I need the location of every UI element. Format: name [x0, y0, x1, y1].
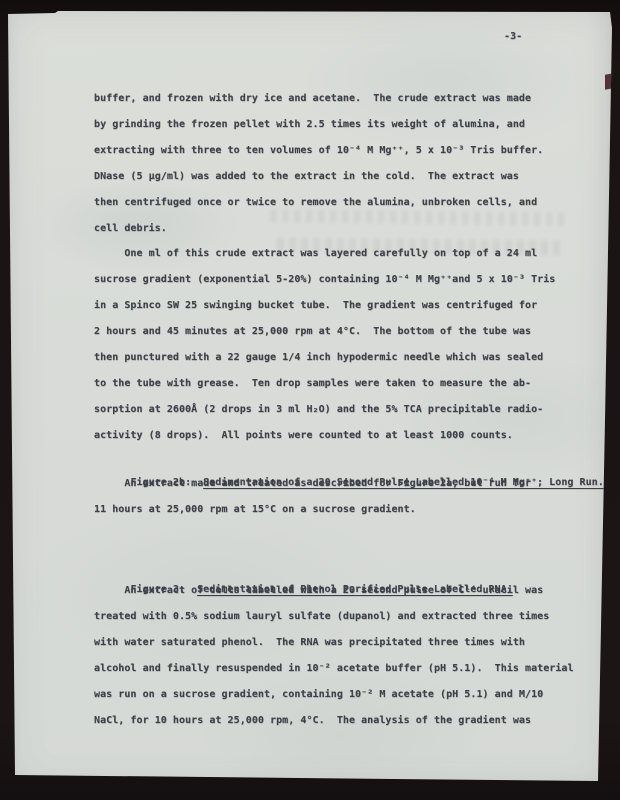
- text-line: 11 hours at 25,000 rpm at 15°C on a sucr…: [94, 497, 531, 523]
- figure-3-caption: An extract of cells labelled with a 20 s…: [94, 578, 574, 734]
- text-line: An extract made and treated as described…: [94, 471, 531, 497]
- text-line: with water saturated phenol. The RNA was…: [94, 630, 574, 656]
- text-line: treated with 0.5% sodium lauryl sulfate …: [94, 604, 574, 630]
- text-line: An extract of cells labelled with a 20 s…: [94, 578, 574, 604]
- text-line: then punctured with a 22 gauge 1/4 inch …: [94, 345, 555, 371]
- text-line: DNase (5 μg/ml) was added to the extract…: [94, 164, 543, 190]
- body-paragraph-1: buffer, and frozen with dry ice and acet…: [94, 86, 543, 242]
- body-paragraph-2: One ml of this crude extract was layered…: [94, 241, 555, 449]
- scanned-document-photo: -3- buffer, and frozen with dry ice and …: [0, 0, 620, 800]
- page-number: -3-: [504, 31, 522, 42]
- text-line: buffer, and frozen with dry ice and acet…: [94, 86, 543, 112]
- figure-2b-heading: Figure 2b:Sedimentation of a 20 Second P…: [94, 444, 604, 470]
- text-line: alcohol and finally resuspended in 10⁻² …: [94, 656, 574, 682]
- text-line: then centrifuged once or twice to remove…: [94, 190, 543, 216]
- red-edge-mark: [605, 73, 613, 89]
- text-line: was run on a sucrose gradient, containin…: [94, 682, 574, 708]
- text-line: sucrose gradient (exponential 5-20%) con…: [94, 267, 555, 293]
- text-line: One ml of this crude extract was layered…: [94, 241, 555, 267]
- figure-3-heading: Figure 3:Sedimentation of Phenol Purifie…: [94, 551, 513, 577]
- text-line: to the tube with grease. Ten drop sample…: [94, 371, 555, 397]
- text-line: by grinding the frozen pellet with 2.5 t…: [94, 112, 543, 138]
- figure-2b-caption: An extract made and treated as described…: [94, 471, 531, 523]
- text-line: in a Spinco SW 25 swinging bucket tube. …: [94, 293, 555, 319]
- text-line: sorption at 2600Å (2 drops in 3 ml H₂O) …: [94, 397, 555, 423]
- paper-sheet: -3- buffer, and frozen with dry ice and …: [0, 0, 620, 800]
- text-line: NaCl, for 10 hours at 25,000 rpm, 4°C. T…: [94, 708, 574, 734]
- text-line: 2 hours and 45 minutes at 25,000 rpm at …: [94, 319, 555, 345]
- text-line: extracting with three to ten volumes of …: [94, 138, 543, 164]
- text-line: cell debris.: [94, 216, 543, 242]
